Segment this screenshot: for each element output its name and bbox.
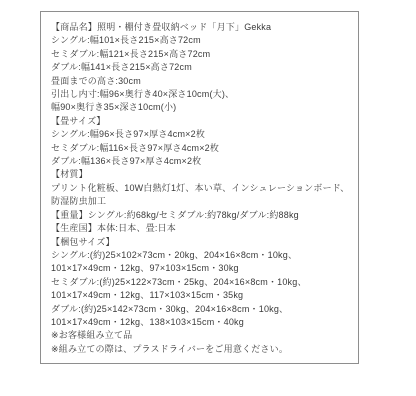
note-customer-assembly-line: ※お客様組み立て品 (51, 329, 348, 342)
size-semidouble-line: セミダブル:幅121×長さ215×高さ72cm (51, 48, 348, 61)
package-single-line-2: 101×17×49cm・12kg、97×103×15cm・30kg (51, 262, 348, 275)
package-size-heading: 【梱包サイズ】 (51, 236, 348, 249)
material-heading: 【材質】 (51, 168, 348, 181)
weight-line: 【重量】シングル:約68kg/セミダブル:約78kg/ダブル:約88kg (51, 209, 348, 222)
package-double-line-2: 101×17×49cm・12kg、138×103×15cm・40kg (51, 316, 348, 329)
material-line-1: プリント化粧板、10W白熱灯1灯、本い草、インシュレーションボード、 (51, 182, 348, 195)
package-double-line-1: ダブル:(約)25×142×73cm・30kg、204×16×8cm・10kg、 (51, 303, 348, 316)
country-of-origin-line: 【生産国】本体:日本、畳:日本 (51, 222, 348, 235)
note-screwdriver-line: ※組み立ての際は、プラスドライバーをご用意ください。 (51, 343, 348, 356)
tatami-size-double-line: ダブル:幅136×長さ97×厚さ4cm×2枚 (51, 155, 348, 168)
tatami-size-single-line: シングル:幅96×長さ97×厚さ4cm×2枚 (51, 128, 348, 141)
drawer-inner-size-line-2: 幅90×奥行き35×深さ10cm(小) (51, 101, 348, 114)
package-semidouble-line-1: セミダブル:(約)25×122×73cm・25kg、204×16×8cm・10k… (51, 276, 348, 289)
size-double-line: ダブル:幅141×長さ215×高さ72cm (51, 61, 348, 74)
tatami-size-semidouble-line: セミダブル:幅116×長さ97×厚さ4cm×2枚 (51, 142, 348, 155)
tatami-surface-height-line: 畳面までの高さ:30cm (51, 75, 348, 88)
size-single-line: シングル:幅101×長さ215×高さ72cm (51, 34, 348, 47)
product-name-line: 【商品名】照明・棚付き畳収納ベッド「月下」Gekka (51, 21, 348, 34)
package-semidouble-line-2: 101×17×49cm・12kg、117×103×15cm・35kg (51, 289, 348, 302)
tatami-size-heading: 【畳サイズ】 (51, 115, 348, 128)
package-single-line-1: シングル:(約)25×102×73cm・20kg、204×16×8cm・10kg… (51, 249, 348, 262)
material-line-2: 防湿防虫加工 (51, 195, 348, 208)
drawer-inner-size-line-1: 引出し内寸:幅96×奥行き40×深さ10cm(大)、 (51, 88, 348, 101)
product-spec-box: 【商品名】照明・棚付き畳収納ベッド「月下」Gekka シングル:幅101×長さ2… (40, 11, 359, 364)
